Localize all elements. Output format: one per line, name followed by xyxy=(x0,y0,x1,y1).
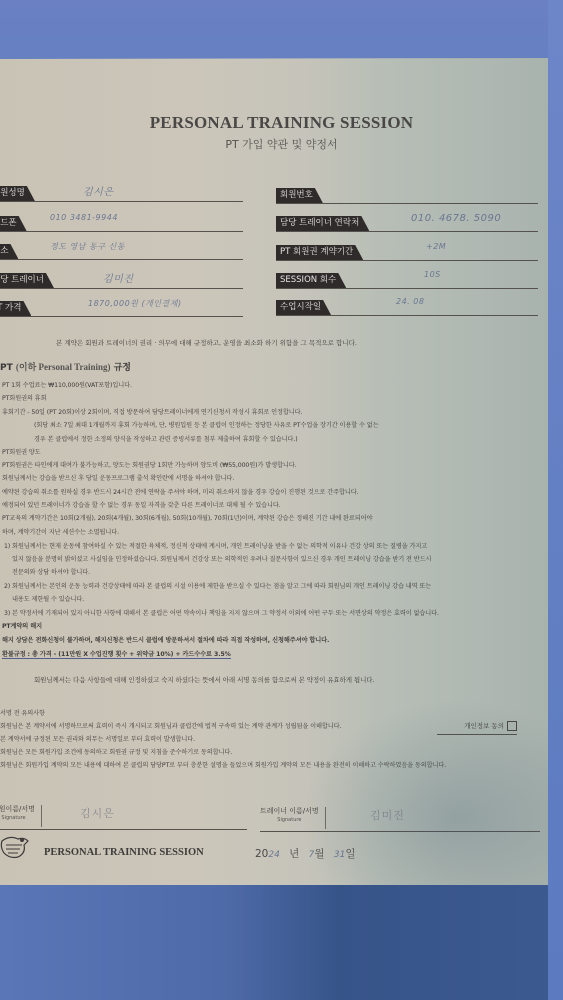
clause: 2) 회원님께서는 본인의 운동 능력과 건강상태에 따라 본 클럽의 시설 이… xyxy=(4,581,431,590)
clause-heading: PT회원권 양도 xyxy=(2,447,41,456)
trainer-signature-value[interactable]: 김미진 xyxy=(370,807,405,823)
date-day: 31 xyxy=(334,850,345,860)
clause: 경우 본 클럽에서 정한 소정의 양식을 작성하고 관련 증빙서류를 첨부 제출… xyxy=(34,434,298,443)
note: 회원님은 모든 회원가입 조건에 동의하고 회원권 규정 및 지침을 준수하기로… xyxy=(0,747,232,756)
field-label: 담당 트레이너 xyxy=(0,273,54,288)
clause: 예정되어 있던 트레이너가 강습을 할 수 없는 경우 동일 자격을 갖춘 다른… xyxy=(2,500,281,509)
privacy-consent-checkbox[interactable] xyxy=(507,721,517,731)
privacy-consent-label: 개인정보 동의 xyxy=(464,722,504,730)
clause: 있지 않음을 분명히 밝히셨고 사실임을 인정하셨습니다. 회원님께서 건강상 … xyxy=(12,554,431,563)
member-signature-label: 회원이름/서명 Signature xyxy=(0,805,42,827)
field-label: 핸드폰 xyxy=(0,216,27,231)
section-title: PT (이하 Personal Training) 규정 xyxy=(0,360,131,373)
clause: PT교육의 계약기간은 10회(2개월), 20회(4개월), 30회(6개월)… xyxy=(2,513,372,522)
field-label: 담당 트레이너 연락처 xyxy=(276,216,369,231)
date-month: 7 xyxy=(309,850,315,860)
trainer-signature-label: 트레이너 이름/서명 Signature xyxy=(260,807,326,829)
field-member-name: 회원성명 김시은 xyxy=(0,186,243,208)
clause: 휴회기간 - 50일 (PT 20회)이상 2회이며, 직접 방문하여 담당트레… xyxy=(2,407,302,416)
document-subtitle: PT 가입 약관 및 약정서 xyxy=(0,136,563,152)
field-start-date: 수업시작일 24. 08 xyxy=(276,300,538,322)
trainer-signature: 트레이너 이름/서명 Signature 김미진 xyxy=(260,807,540,837)
field-session-count: SESSION 회수 10S xyxy=(276,273,538,295)
contract-date: 2024 년 7월 31일 xyxy=(255,846,356,861)
field-label: 수업시작일 xyxy=(276,300,331,315)
clause: 3) 본 약정서에 기재되어 있지 아니한 사항에 대해서 본 클럽은 어떤 약… xyxy=(4,608,439,617)
club-logo-icon xyxy=(0,831,30,861)
field-phone: 핸드폰 010 3481-9944 xyxy=(0,216,243,238)
field-value: 정도 영남 동구 신동 xyxy=(50,241,125,252)
clause: 해지 상담은 전화신청이 불가하며, 해지신청은 반드시 클럽에 방문하셔서 절… xyxy=(2,635,329,644)
background-surface xyxy=(0,885,563,1000)
date-year: 24 xyxy=(268,850,279,860)
field-label: PT 회원권 계약기간 xyxy=(276,245,363,260)
field-value: 1870,000원 (개인결제) xyxy=(88,298,182,309)
field-member-number: 회원번호 xyxy=(276,188,538,210)
field-trainer-contact: 담당 트레이너 연락처 010. 4678. 5090 xyxy=(276,216,538,238)
contract-intro: 본 계약은 회원과 트레이너의 권리 · 의무에 대해 규정하고, 운영을 최소… xyxy=(56,338,357,347)
field-label: 주소 xyxy=(0,244,18,259)
field-label: PT 가격 xyxy=(0,301,31,316)
field-trainer: 담당 트레이너 김미진 xyxy=(0,273,243,295)
clause: (회당 최소 7일 최대 1개월까지 휴회 가능하며, 단, 병원입원 등 본 … xyxy=(34,420,378,429)
refund-rule: 환불규정 : 총 가격 - (11만원 X 수업진행 횟수 + 위약금 10%)… xyxy=(2,649,231,658)
background-edge xyxy=(548,0,563,1000)
field-label: 회원번호 xyxy=(276,188,323,203)
field-value: 김미진 xyxy=(103,270,133,285)
field-label: 회원성명 xyxy=(0,186,35,201)
field-value: 24. 08 xyxy=(396,297,424,306)
field-value: 010 3481-9944 xyxy=(50,213,118,222)
agreement-note: 회원님께서는 다음 사항들에 대해 인정하셨고 숙지 하셨다는 뜻에서 아래 서… xyxy=(34,675,374,684)
clause: PT 1회 수업료는 ₩110,000원(VAT포함)입니다. xyxy=(2,380,132,389)
member-signature-value[interactable]: 김시은 xyxy=(80,805,115,821)
document-title: PERSONAL TRAINING SESSION xyxy=(0,113,563,133)
note: 회원님은 본 계약서에 서명하므로써 효력이 즉시 개시되고 회원님과 클럽간에… xyxy=(0,721,341,730)
clause-heading: PT회원권의 휴회 xyxy=(2,393,46,402)
clause: 하며, 계약기간이 지난 세션수는 소멸됩니다. xyxy=(2,527,119,536)
field-value: 10S xyxy=(424,270,441,279)
member-signature: 회원이름/서명 Signature 김시은 xyxy=(0,805,247,835)
footer-title: PERSONAL TRAINING SESSION xyxy=(44,847,204,858)
field-value: +2M xyxy=(426,242,446,251)
clause: PT회원권은 타인에게 대여가 불가능하고, 양도는 회원권당 1회만 가능하며… xyxy=(2,460,296,469)
field-label: SESSION 회수 xyxy=(276,273,346,288)
clause: 예약된 강습의 취소를 원하실 경우 반드시 24시간 전에 연락을 주셔야 하… xyxy=(2,487,359,496)
clause: 내용도 제한될 수 있습니다. xyxy=(12,594,84,603)
contract-paper: PERSONAL TRAINING SESSION PT 가입 약관 및 약정서… xyxy=(0,58,548,885)
notes-title: 서명 전 유의사항 xyxy=(0,708,45,717)
field-value: 010. 4678. 5090 xyxy=(411,213,501,224)
clause: 전문의와 상담 하셔야 합니다. xyxy=(12,567,90,576)
note: 본 계약서에 규정된 모든 권리와 의무는 서명일로 부터 효력이 발생합니다. xyxy=(0,734,195,743)
clause: 회원님께서는 강습을 받으신 후 당일 운동프로그램 출석 확인란에 서명을 하… xyxy=(2,473,234,482)
note: 회원님은 회원가입 계약의 모든 내용에 대하여 본 클럽의 담당PT로 부터 … xyxy=(0,760,446,769)
field-value: 김시은 xyxy=(83,183,113,198)
privacy-consent: 개인정보 동의 xyxy=(437,721,517,735)
clause: 1) 회원님께서는 현재 운동에 참여하실 수 있는 적절한 육체적, 정신적 … xyxy=(4,541,427,550)
clause-heading: PT계약의 해지 xyxy=(2,621,42,630)
field-contract-period: PT 회원권 계약기간 +2M xyxy=(276,245,538,267)
field-pt-price: PT 가격 1870,000원 (개인결제) xyxy=(0,301,243,323)
field-address: 주소 정도 영남 동구 신동 xyxy=(0,244,243,266)
